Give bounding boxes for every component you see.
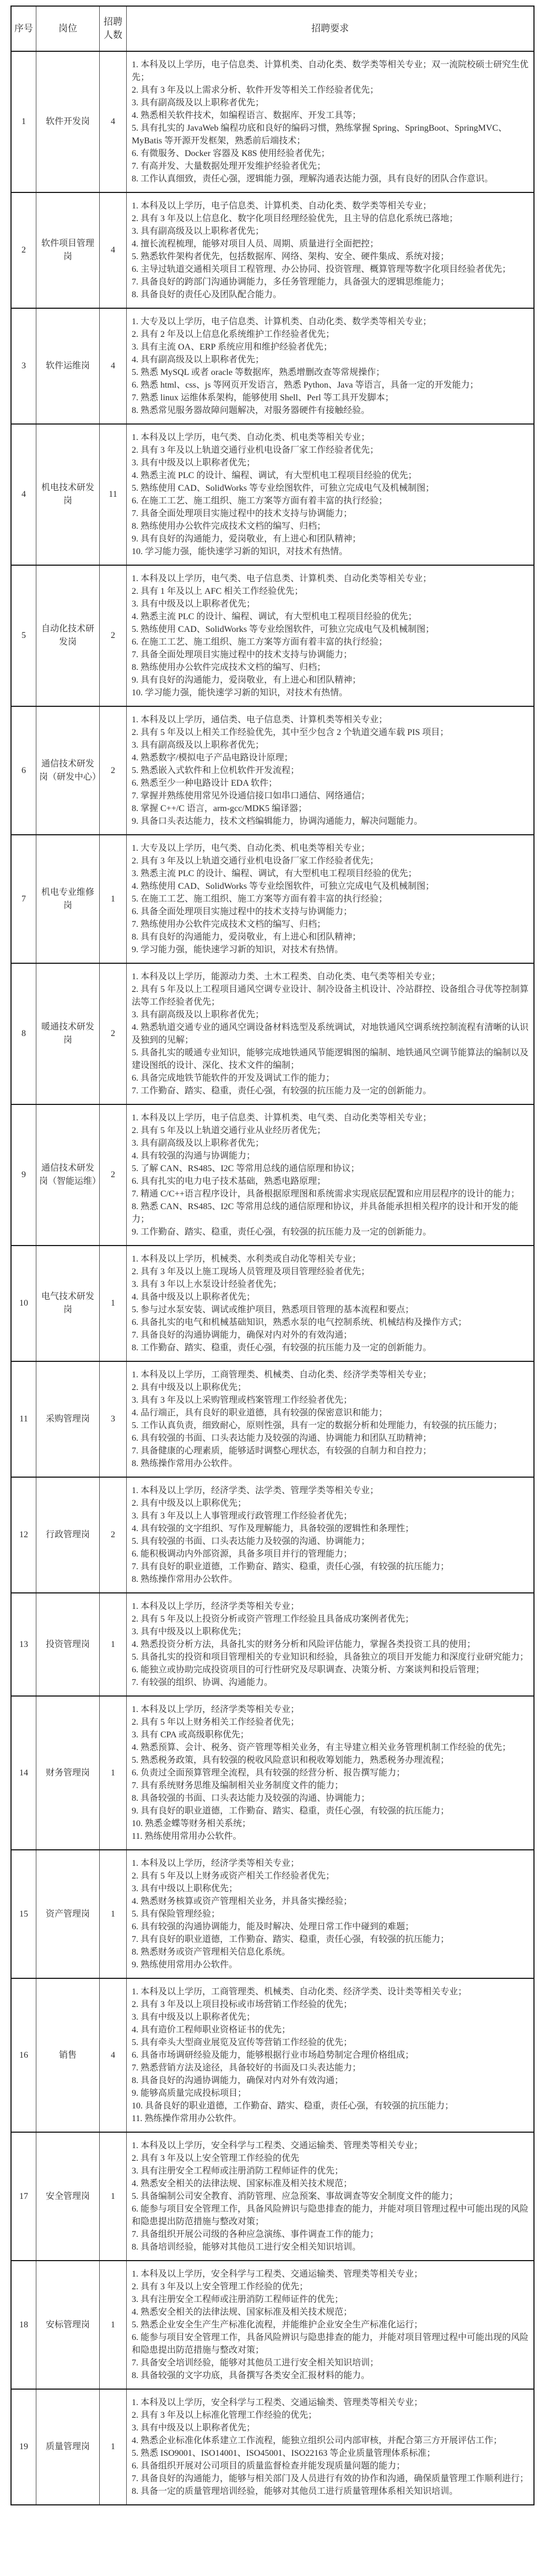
requirement-item: 8. 熟练操作常用办公软件。 [132, 1457, 529, 1470]
requirement-item: 6. 主导过轨道交通相关项目工程管理、办公协同、投资管理、概算管理等数字化项目经… [132, 263, 529, 276]
requirement-item: 1. 本科及以上学历，电子信息类、计算机类、自动化类、数学类等相关专业； [132, 200, 529, 212]
requirements-cell: 1. 本科及以上学历，工商管理类、机械类、自动化类、经济学类等相关专业；2. 具… [127, 1361, 535, 1477]
requirement-item: 7. 具备健康的心理素质，能够适时调整心理状态，有较强的自制力和自控力； [132, 1445, 529, 1457]
requirement-item: 5. 具备编制公司安全教育、消防管理、应急预案、事故调查等安全制度文件的能力； [132, 2190, 529, 2203]
headcount-cell: 2 [100, 706, 127, 835]
row-serial-number-cell: 6 [11, 706, 36, 835]
table-row: 1软件开发岗41. 本科及以上学历，电子信息类、计算机类、自动化类、数学类等相关… [11, 51, 534, 192]
requirements-cell: 1. 本科及以上学历，安全科学与工程类、交通运输类、管理类等相关专业；2. 具有… [127, 2389, 535, 2505]
row-serial-number-cell: 12 [11, 1477, 36, 1593]
table-row: 4机电技术研发岗111. 本科及以上学历，电气类、自动化类、机电类等相关专业；2… [11, 424, 534, 565]
requirement-item: 9. 熟练使用常用办公软件。 [132, 1958, 529, 1971]
requirements-cell: 1. 本科及以上学历，通信类、电子信息类、计算机类等相关专业；2. 具有 5 年… [127, 706, 535, 835]
requirement-item: 8. 熟悉常见服务器故障问题解决，对服务器硬件有接触经验。 [132, 404, 529, 417]
requirement-item: 8. 具备良好的沟通协调能力，确保对内对外有效沟通； [132, 2074, 529, 2087]
requirement-item: 4. 品行端正，具有良好的职业道德，具有较强的保密意识和能力； [132, 1407, 529, 1419]
requirement-item: 4. 具有副高级及以上职称者优先； [132, 353, 529, 366]
position-name-cell: 安标管理岗 [36, 2261, 100, 2389]
requirement-item: 8. 熟练使用办公软件完成技术文档的编写、归档； [132, 661, 529, 674]
row-serial-number-cell: 1 [11, 51, 36, 192]
requirement-item: 1. 本科及以上学历，安全科学与工程类、交通运输类、管理类等相关专业； [132, 2268, 529, 2280]
requirement-item: 4. 熟悉数字/模拟电子产品电路设计原理； [132, 752, 529, 764]
requirement-item: 8. 具备良好的责任心及团队配合能力。 [132, 288, 529, 301]
requirement-item: 8. 具备较强的书面、口头表达能力及较强的沟通、协调能力； [132, 1792, 529, 1805]
table-row: 15资产管理岗11. 本科及以上学历，经济学类等相关专业；2. 具有 5 年及以… [11, 1850, 534, 1978]
position-name-cell: 投资管理岗 [36, 1593, 100, 1696]
row-serial-number-cell: 15 [11, 1850, 36, 1978]
requirement-item: 9. 具有良好的职业道德，工作勤奋、踏实、稳重，责任心强，有较强的抗压能力； [132, 1805, 529, 1817]
row-serial-number-cell: 14 [11, 1696, 36, 1850]
requirement-item: 1. 本科及以上学历，工商管理类、机械类、自动化类、经济学类、设计类等相关专业； [132, 1985, 529, 1998]
requirement-item: 3. 具有 CPA 或高级职称优先； [132, 1729, 529, 1741]
table-row: 10电气技术研发岗11. 本科及以上学历，机械类、水利类或自动化等相关专业；2.… [11, 1246, 534, 1361]
requirement-item: 2. 具有中级及以上职称优先； [132, 1381, 529, 1394]
row-serial-number-cell: 5 [11, 565, 36, 706]
requirement-item: 3. 具有副高级及以上职称者优先； [132, 225, 529, 238]
requirement-item: 8. 工作勤奋、踏实、稳重，责任心强，有较强的抗压能力及一定的创新能力。 [132, 1341, 529, 1354]
requirement-item: 2. 具有 3 年及以上信息化、数字化项目经理经验优先，且主导的信息化系统已落地… [132, 212, 529, 225]
requirement-item: 6. 在施工工艺、施工组织、施工方案等方面有着丰富的执行经验； [132, 495, 529, 507]
requirement-item: 3. 具有 3 年及以上采购管理或档案管理工作经验者优先； [132, 1394, 529, 1407]
requirement-item: 1. 本科及以上学历，安全科学与工程类、交通运输类、管理类等相关专业； [132, 2139, 529, 2152]
requirement-item: 2. 具有中级及以上职称优先； [132, 1497, 529, 1510]
requirement-item: 5. 熟悉嵌入式软件和上位机软件开发流程； [132, 764, 529, 777]
requirement-item: 6. 熟悉至少一种电路设计 EDA 软件； [132, 777, 529, 790]
table-row: 18安标管理岗11. 本科及以上学历，安全科学与工程类、交通运输类、管理类等相关… [11, 2261, 534, 2389]
headcount-cell: 4 [100, 308, 127, 424]
requirement-item: 1. 本科及以上学历，经济学类等相关专业； [132, 1600, 529, 1613]
requirement-item: 10. 学习能力强，能快速学习新的知识，对技术有热情。 [132, 545, 529, 558]
position-name-cell: 软件开发岗 [36, 51, 100, 192]
row-serial-number-cell: 4 [11, 424, 36, 565]
position-name-cell: 自动化技术研发岗 [36, 565, 100, 706]
table-row: 12行政管理岗21. 本科及以上学历，经济学类、法学类、管理学类等相关专业；2.… [11, 1477, 534, 1593]
requirement-item: 8. 熟练使用办公软件完成技术文档的编写、归档； [132, 520, 529, 533]
position-name-cell: 通信技术研发岗（研发中心） [36, 706, 100, 835]
requirement-item: 1. 本科及以上学历，安全科学与工程类、交通运输类、管理类等相关专业； [132, 2396, 529, 2409]
requirement-item: 6. 具备扎实的电气和机械基础知识，熟悉水泵的电气控制系统、机械结构及操作方式； [132, 1316, 529, 1329]
requirements-cell: 1. 本科及以上学历，电气类、自动化类、机电类等相关专业；2. 具有 3 年及以… [127, 424, 535, 565]
header-requirements: 招聘要求 [127, 6, 535, 51]
requirements-cell: 1. 大专及以上学历，电气类、自动化类、机电类等相关专业；2. 具有 3 年及以… [127, 835, 535, 963]
table-row: 3软件运维岗41. 大专及以上学历，电子信息类、计算机类、自动化类、数学类等相关… [11, 308, 534, 424]
requirement-item: 8. 熟练操作常用办公软件。 [132, 1573, 529, 1586]
requirements-cell: 1. 本科及以上学历，电子信息类、计算机类、自动化类、数学类等相关专业；2. 具… [127, 192, 535, 308]
requirement-item: 3. 具有副高级及以上职称者优先； [132, 96, 529, 109]
row-serial-number-cell: 7 [11, 835, 36, 963]
row-serial-number-cell: 16 [11, 1978, 36, 2132]
requirement-item: 6. 有微服务、Docker 容器及 K8S 使用经验者优先； [132, 147, 529, 160]
requirement-item: 7. 精通 C/C++语言程序设计，具备根据原理图和系统需求实现底层配置和应用层… [132, 1188, 529, 1200]
requirements-cell: 1. 本科及以上学历，安全科学与工程类、交通运输类、管理类等相关专业；2. 具有… [127, 2261, 535, 2389]
requirement-item: 2. 具有 5 年及以上工程项目通风空调专业设计、制冷设备主机设计、冷站群控、设… [132, 983, 529, 1008]
table-row: 13投资管理岗11. 本科及以上学历，经济学类等相关专业；2. 具有 5 年及以… [11, 1593, 534, 1696]
requirement-item: 7. 具备组织开展公司级的各种应急演练、事件调查工作的能力； [132, 2228, 529, 2241]
requirement-item: 5. 熟悉税务政策，具有较强的税收风险意识和税收筹划能力，熟悉税务办理流程； [132, 1754, 529, 1767]
headcount-cell: 2 [100, 565, 127, 706]
requirement-item: 4. 具有造价工程师职业资格证书的优先； [132, 2024, 529, 2036]
requirement-item: 5. 熟悉软件架构者优先，包括数据库、网络、架构、安全、硬件集成、系统对接； [132, 250, 529, 263]
table-row: 7机电专业维修岗11. 大专及以上学历，电气类、自动化类、机电类等相关专业；2.… [11, 835, 534, 963]
table-row: 2软件项目管理岗41. 本科及以上学历，电子信息类、计算机类、自动化类、数学类等… [11, 192, 534, 308]
requirement-item: 8. 具有良好的沟通能力，爱岗敬业，有上进心和团队精神； [132, 931, 529, 943]
requirement-item: 3. 具有主流 OA、ERP 系统应用和维护经验者优先； [132, 341, 529, 353]
requirement-item: 6. 能独立或协助完成投资项目的可行性研究及尽职调查、决策分析、方案谈判和投后管… [132, 1663, 529, 1676]
requirement-item: 5. 工作认真负责，细致耐心，原则性强，具有一定的数据分析和处理能力，有较强的抗… [132, 1419, 529, 1432]
requirement-item: 4. 熟悉主流 PLC 的设计、编程、调试，有大型机电工程项目经验的优先； [132, 610, 529, 623]
requirement-item: 9. 具备口头表达能力，技术文档编辑能力，协调沟通能力，解决问题能力。 [132, 815, 529, 828]
position-name-cell: 软件项目管理岗 [36, 192, 100, 308]
requirement-item: 8. 具备较强的文字功底，具备撰写各类安全汇报材料的能力。 [132, 2369, 529, 2382]
requirement-item: 9. 能够高质量完成投标项目； [132, 2087, 529, 2100]
requirements-cell: 1. 本科及以上学历，能源动力类、土木工程类、自动化类、电气类等相关专业；2. … [127, 963, 535, 1104]
requirement-item: 2. 具有 1 年及以上 AFC 相关工作经验优先； [132, 585, 529, 598]
requirement-item: 3. 具有注册安全工程师或注册消防工程师证件的优先； [132, 2293, 529, 2306]
requirement-item: 3. 具有中级及以上职称者优先； [132, 2422, 529, 2434]
requirement-item: 11. 熟练使用常用办公软件。 [132, 1830, 529, 1843]
row-serial-number-cell: 8 [11, 963, 36, 1104]
requirement-item: 8. 具备一定的质量管理培训经验，能够对其他员工进行质量管理体系相关知识培训。 [132, 2485, 529, 2498]
requirement-item: 3. 具有中级以上职称优先； [132, 1882, 529, 1895]
header-serial-number: 序号 [11, 6, 36, 51]
requirement-item: 1. 本科及以上学历，电子信息类、计算机类、自动化类、数学类等相关专业；双一流院… [132, 58, 529, 84]
requirement-item: 1. 本科及以上学历，电气类、自动化类、机电类等相关专业； [132, 431, 529, 444]
requirement-item: 1. 本科及以上学历，电子信息类、计算机类、电气类、自动化类等相关专业； [132, 1112, 529, 1124]
headcount-cell: 1 [100, 2389, 127, 2505]
requirement-item: 3. 具有中级及以上职称者优先； [132, 598, 529, 610]
headcount-cell: 4 [100, 192, 127, 308]
requirement-item: 7. 有较强的组织、协调、沟通能力。 [132, 1676, 529, 1689]
requirement-item: 7. 有高并发、大量数据处理开发维护经验者优先； [132, 160, 529, 173]
requirement-item: 3. 熟悉主流 PLC 的设计、编程、调试，有大型机电工程项目经验的优先； [132, 867, 529, 880]
position-name-cell: 质量管理岗 [36, 2389, 100, 2505]
requirement-item: 9. 工作勤奋、踏实、稳重，责任心强，有较强的抗压能力及一定的创新能力。 [132, 1226, 529, 1238]
requirement-item: 2. 具有 3 年及以上轨道交通行业机电设备厂家工作经验者优先； [132, 444, 529, 457]
table-header-row: 序号 岗位 招聘人数 招聘要求 [11, 6, 534, 51]
position-name-cell: 资产管理岗 [36, 1850, 100, 1978]
row-serial-number-cell: 3 [11, 308, 36, 424]
position-name-cell: 软件运维岗 [36, 308, 100, 424]
requirement-item: 7. 具备良好的沟通能力，能够与相关部门及人员进行有效的协作和沟通，确保质量管理… [132, 2472, 529, 2485]
requirement-item: 4. 擅长流程梳理，能够对项目人员、周期、质量进行全面把控； [132, 238, 529, 250]
requirement-item: 4. 具有较强的文字组织、写作及理解能力，具备较强的逻辑性和条理性； [132, 1522, 529, 1535]
headcount-cell: 1 [100, 2261, 127, 2389]
requirement-item: 10. 熟悉金蝶等财务相关系统； [132, 1817, 529, 1830]
headcount-cell: 1 [100, 2132, 127, 2261]
requirement-item: 8. 工作认真细致，责任心强，逻辑能力强，理解沟通表达能力强，具有良好的团队合作… [132, 173, 529, 185]
table-row: 16销售41. 本科及以上学历，工商管理类、机械类、自动化类、经济学类、设计类等… [11, 1978, 534, 2132]
requirement-item: 4. 熟悉企业标准化体系建立工作流程，能独立组织公司内部审核，并配合第三方开展评… [132, 2434, 529, 2447]
position-name-cell: 暖通技术研发岗 [36, 963, 100, 1104]
requirement-item: 6. 能参与项目安全管理工作，具备风险辨识与隐患排查的能力，并能对项目管理过程中… [132, 2331, 529, 2357]
requirement-item: 11. 熟练操作常用办公软件。 [132, 2112, 529, 2125]
header-position: 岗位 [36, 6, 100, 51]
requirement-item: 2. 具有 3 年及以上施工现场人员管理及项目管理经验者优先； [132, 1265, 529, 1278]
requirement-item: 4. 熟悉投资分析方法，具备扎实的财务分析和风险评估能力，掌握各类投资工具的使用… [132, 1638, 529, 1651]
requirements-cell: 1. 本科及以上学历，电子信息类、计算机类、自动化类、数学类等相关专业；双一流院… [127, 51, 535, 192]
requirement-item: 6. 具有较强的沟通协调能力，能及时解决、处理日常工作中碰到的难题； [132, 1920, 529, 1933]
requirements-cell: 1. 本科及以上学历，经济学类等相关专业；2. 具有 5 年以上财务相关工作经验… [127, 1696, 535, 1850]
requirements-cell: 1. 本科及以上学历，电气类、电子信息类、计算机类、自动化类等相关专业；2. 具… [127, 565, 535, 706]
requirement-item: 8. 熟悉财务或资产管理相关信息化系统。 [132, 1946, 529, 1958]
requirement-item: 1. 本科及以上学历，经济学类、法学类、管理学类等相关专业； [132, 1484, 529, 1497]
requirement-item: 1. 本科及以上学历，工商管理类、机械类、自动化类、经济学类等相关专业； [132, 1368, 529, 1381]
row-serial-number-cell: 2 [11, 192, 36, 308]
requirement-item: 3. 具有中级及以上职称者优先； [132, 457, 529, 469]
requirement-item: 2. 具有 5 年及以上投资分析或资产管理工作经验且具备成功案例者优先； [132, 1613, 529, 1625]
requirement-item: 6. 具有较强的书面、口头表达能力及较强的沟通、协调能力和团队互助精神； [132, 1432, 529, 1445]
position-name-cell: 电气技术研发岗 [36, 1246, 100, 1361]
table-row: 9通信技术研发岗（智能运维）21. 本科及以上学历，电子信息类、计算机类、电气类… [11, 1104, 534, 1246]
requirement-item: 2. 具有 3 年及以上标准化管理工作经验的优先； [132, 2409, 529, 2422]
requirement-item: 2. 具有 5 年以上财务相关工作经验者优先； [132, 1716, 529, 1729]
requirement-item: 4. 具备中级及以上职称者优先； [132, 1291, 529, 1303]
requirement-item: 6. 能参与项目安全管理工作，具备风险辨识与隐患排查的能力，并能对项目管理过程中… [132, 2203, 529, 2228]
requirement-item: 1. 本科及以上学历，电气类、电子信息类、计算机类、自动化类等相关专业； [132, 572, 529, 585]
requirement-item: 7. 具备全面处理项目实施过程中的技术支持与协调能力； [132, 507, 529, 520]
table-row: 17安全管理岗11. 本科及以上学历，安全科学与工程类、交通运输类、管理类等相关… [11, 2132, 534, 2261]
requirement-item: 3. 具有副高级及以上职称者优先； [132, 1008, 529, 1021]
requirement-item: 9. 具有良好的沟通能力，爱岗敬业，有上进心和团队精神； [132, 674, 529, 686]
position-name-cell: 机电技术研发岗 [36, 424, 100, 565]
requirement-item: 5. 具有保险管理经验； [132, 1908, 529, 1920]
requirement-item: 2. 具有 3 年及以上需求分析、软件开发等相关工作经验者优先； [132, 84, 529, 96]
row-serial-number-cell: 19 [11, 2389, 36, 2505]
requirements-cell: 1. 本科及以上学历，安全科学与工程类、交通运输类、管理类等相关专业；2. 具有… [127, 2132, 535, 2261]
headcount-cell: 1 [100, 835, 127, 963]
requirement-item: 2. 具有 5 年及以上财务或资产相关工作经验者优先； [132, 1870, 529, 1882]
headcount-cell: 3 [100, 1361, 127, 1477]
requirement-item: 6. 在施工工艺、施工组织、施工方案等方面有着丰富的执行经验； [132, 636, 529, 648]
requirement-item: 10. 学习能力强，能快速学习新的知识，对技术有热情。 [132, 686, 529, 699]
requirement-item: 6. 具备市场调研经验及能力，能够根据行业市场趋势制定合理价格组成； [132, 2049, 529, 2062]
position-name-cell: 通信技术研发岗（智能运维） [36, 1104, 100, 1246]
requirement-item: 5. 具备扎实的暖通专业知识，能够完成地铁通风节能逻辑图的编制、地铁通风空调节能… [132, 1046, 529, 1072]
headcount-cell: 1 [100, 1593, 127, 1696]
requirement-item: 5. 参与过水泵安装、调试或维护项目，熟悉项目管理的基本流程和要点； [132, 1303, 529, 1316]
requirements-cell: 1. 本科及以上学历，经济学类等相关专业；2. 具有 5 年及以上投资分析或资产… [127, 1593, 535, 1696]
requirement-item: 9. 具有良好的沟通能力，爱岗敬业，有上进心和团队精神； [132, 533, 529, 545]
headcount-cell: 2 [100, 1104, 127, 1246]
requirement-item: 4. 熟悉安全相关的法律法规、国家标准及相关技术规范； [132, 2177, 529, 2190]
requirement-item: 7. 熟练使用办公软件完成技术文档的编写、归档； [132, 918, 529, 931]
requirement-item: 2. 具有 5 年及以上相关工作经验优先，其中至少包含 2 个轨道交通车载 PI… [132, 726, 529, 739]
requirement-item: 7. 具备安全培训经验，能够对其他员工进行安全相关知识培训； [132, 2357, 529, 2369]
headcount-cell: 2 [100, 963, 127, 1104]
position-name-cell: 行政管理岗 [36, 1477, 100, 1593]
requirements-cell: 1. 本科及以上学历，经济学类等相关专业；2. 具有 5 年及以上财务或资产相关… [127, 1850, 535, 1978]
requirement-item: 1. 大专及以上学历，电气类、自动化类、机电类等相关专业； [132, 842, 529, 855]
requirement-item: 5. 具备扎实的投资和项目管理相关的专业知识和经验，具备独立的项目开发能力和深度… [132, 1651, 529, 1663]
position-name-cell: 财务管理岗 [36, 1696, 100, 1850]
position-name-cell: 机电专业维修岗 [36, 835, 100, 963]
position-name-cell: 采购管理岗 [36, 1361, 100, 1477]
requirements-cell: 1. 本科及以上学历，经济学类、法学类、管理学类等相关专业；2. 具有中级及以上… [127, 1477, 535, 1593]
requirement-item: 5. 熟练使用 CAD、SolidWorks 等专业绘图软件，可独立完成电气及机… [132, 482, 529, 495]
requirement-item: 7. 熟悉 linux 运维体系架构，能够使用 Shell、Perl 等工具开发… [132, 391, 529, 404]
requirement-item: 6. 具备完成地铁节能软件的开发及调试工作的能力； [132, 1072, 529, 1085]
requirement-item: 3. 具有中级及以上职称者优先； [132, 2011, 529, 2024]
header-headcount: 招聘人数 [100, 6, 127, 51]
requirement-item: 3. 具有 3 年以上水泵设计经验者优先； [132, 1278, 529, 1291]
recruitment-table-body: 1软件开发岗41. 本科及以上学历，电子信息类、计算机类、自动化类、数学类等相关… [11, 51, 534, 2505]
requirement-item: 9. 学习能力强，能快速学习新的知识，对技术有热情。 [132, 943, 529, 956]
requirement-item: 3. 具有副高级及以上职称者优先； [132, 739, 529, 752]
requirement-item: 7. 具有良好的职业道德，工作勤奋、踏实、稳重，责任心强，有较强的抗压能力； [132, 1560, 529, 1573]
requirement-item: 1. 本科及以上学历，经济学类等相关专业； [132, 1703, 529, 1716]
requirement-item: 7. 具有系统财务思维及编制相关业务制度文件的能力； [132, 1779, 529, 1792]
row-serial-number-cell: 9 [11, 1104, 36, 1246]
requirement-item: 5. 熟悉 ISO9001、ISO14001、ISO45001、ISO22163… [132, 2447, 529, 2460]
requirement-item: 3. 具有注册安全工程师或注册消防工程师证件的优先； [132, 2165, 529, 2177]
requirement-item: 5. 具有扎实的 JavaWeb 编程功底和良好的编码习惯，熟练掌握 Sprin… [132, 122, 529, 147]
requirement-item: 6. 能积极调动内外部资源，具备多项目并行的管理能力； [132, 1548, 529, 1560]
requirement-item: 5. 熟练使用 CAD、SolidWorks 等专业绘图软件，可独立完成电气及机… [132, 623, 529, 636]
requirement-item: 4. 熟悉安全相关的法律法规、国家标准及相关技术规范； [132, 2306, 529, 2319]
position-name-cell: 安全管理岗 [36, 2132, 100, 2261]
recruitment-table: 序号 岗位 招聘人数 招聘要求 1软件开发岗41. 本科及以上学历，电子信息类、… [10, 6, 535, 2505]
requirements-cell: 1. 本科及以上学历，机械类、水利类或自动化等相关专业；2. 具有 3 年及以上… [127, 1246, 535, 1361]
requirement-item: 1. 本科及以上学历，通信类、电子信息类、计算机类等相关专业； [132, 713, 529, 726]
headcount-cell: 1 [100, 1696, 127, 1850]
requirement-item: 4. 熟悉轨道交通专业的通风空调设备材料选型及系统调试，对地铁通风空调系统控制流… [132, 1021, 529, 1046]
row-serial-number-cell: 11 [11, 1361, 36, 1477]
requirements-cell: 1. 本科及以上学历，电子信息类、计算机类、电气类、自动化类等相关专业；2. 具… [127, 1104, 535, 1246]
headcount-cell: 4 [100, 51, 127, 192]
recruitment-table-container: 序号 岗位 招聘人数 招聘要求 1软件开发岗41. 本科及以上学历，电子信息类、… [10, 6, 535, 2505]
table-row: 14财务管理岗11. 本科及以上学历，经济学类等相关专业；2. 具有 5 年以上… [11, 1696, 534, 1850]
requirement-item: 8. 熟悉 CAN、RS485、I2C 等常用总线的通信原理和协议，并具备能承担… [132, 1200, 529, 1226]
row-serial-number-cell: 13 [11, 1593, 36, 1696]
requirement-item: 4. 熟悉预算、会计、税务、资产管理等相关业务，有主导建立相关业务管理机制工作经… [132, 1741, 529, 1754]
requirement-item: 6. 具有扎实的电力电子技术基础，熟悉电路原理； [132, 1175, 529, 1188]
requirement-item: 4. 熟练使用 CAD、SolidWorks 等专业绘图软件，可独立完成电气及机… [132, 880, 529, 893]
row-serial-number-cell: 17 [11, 2132, 36, 2261]
headcount-cell: 4 [100, 1978, 127, 2132]
requirement-item: 7. 熟悉营销方法及途径，具备较好的书面及口头表达能力； [132, 2062, 529, 2074]
requirement-item: 5. 具有较强的书面、口头表达能力及较强的沟通、协调能力； [132, 1535, 529, 1548]
requirement-item: 2. 具有 3 年及以上项目投标或市场营销工作经验的优先； [132, 1998, 529, 2011]
headcount-cell: 11 [100, 424, 127, 565]
requirement-item: 4. 熟悉主流 PLC 的设计、编程、调试，有大型机电工程项目经验的优先； [132, 469, 529, 482]
headcount-cell: 1 [100, 1850, 127, 1978]
requirement-item: 8. 具备培训经验，能够对其他员工进行安全相关知识培训。 [132, 2241, 529, 2253]
requirement-item: 1. 本科及以上学历，经济学类等相关专业； [132, 1857, 529, 1870]
requirement-item: 3. 具有中级及以上职称优先； [132, 1625, 529, 1638]
requirement-item: 5. 了解 CAN、RS485、I2C 等常用总线的通信原理和协议； [132, 1162, 529, 1175]
requirement-item: 5. 具有牵头大型商业展览及宣传等营销工作经验的优先； [132, 2036, 529, 2049]
requirement-item: 7. 具备良好的跨部门沟通协调能力，多任务管理能力，具备强大的逻辑思维能力； [132, 276, 529, 288]
requirement-item: 8. 掌握 C++/C 语言，arm-gcc/MDK5 编译器； [132, 802, 529, 815]
requirement-item: 3. 具有 3 年及以上人事管理或行政管理工作经验者优先； [132, 1510, 529, 1522]
requirement-item: 5. 在施工工艺、施工组织、施工方案等方面有着丰富的执行经验； [132, 893, 529, 905]
requirement-item: 10. 具备良好的职业道德，工作勤奋、踏实、稳重，责任心强，有较强的抗压能力； [132, 2100, 529, 2112]
requirement-item: 6. 具备全面处理项目实施过程中的技术支持与协调能力； [132, 905, 529, 918]
requirement-item: 7. 掌握并熟练使用常见外设通信接口如串口通信、网络通信； [132, 790, 529, 802]
position-name-cell: 销售 [36, 1978, 100, 2132]
table-row: 5自动化技术研发岗21. 本科及以上学历，电气类、电子信息类、计算机类、自动化类… [11, 565, 534, 706]
table-row: 8暖通技术研发岗21. 本科及以上学历，能源动力类、土木工程类、自动化类、电气类… [11, 963, 534, 1104]
requirement-item: 2. 具有 2 年及以上信息化系统维护工作经验者优先； [132, 328, 529, 341]
headcount-cell: 2 [100, 1477, 127, 1593]
requirement-item: 7. 工作勤奋、踏实、稳重，责任心强，有较强的抗压能力及一定的创新能力。 [132, 1085, 529, 1097]
requirement-item: 3. 具有副高级及以上职称者优先； [132, 1137, 529, 1150]
headcount-cell: 1 [100, 1246, 127, 1361]
requirement-item: 1. 本科及以上学历，能源动力类、土木工程类、自动化类、电气类等相关专业； [132, 970, 529, 983]
requirement-item: 5. 熟悉 MySQL 或者 oracle 等数据库，熟悉增删改查等常规操作； [132, 366, 529, 379]
row-serial-number-cell: 10 [11, 1246, 36, 1361]
requirement-item: 6. 熟悉 html、css、js 等网页开发语言，熟悉 Python、Java… [132, 379, 529, 391]
requirement-item: 4. 熟悉相关软件技术，如编程语言、数据库、开发工具等； [132, 109, 529, 122]
table-row: 6通信技术研发岗（研发中心）21. 本科及以上学历，通信类、电子信息类、计算机类… [11, 706, 534, 835]
requirement-item: 7. 具备良好的沟通协调能力，确保对内对外的有效沟通； [132, 1329, 529, 1341]
requirement-item: 2. 具有 5 年及以上轨道交通行业从业经历者优先； [132, 1124, 529, 1137]
requirement-item: 4. 熟悉财务核算或资产管理相关业务，并具备实操经验； [132, 1895, 529, 1908]
requirement-item: 5. 熟悉企业安全生产生产标准化流程，并能维护企业安全生产标准化运行； [132, 2319, 529, 2331]
requirement-item: 2. 具有 3 年及以上安全管理工作经验的优先； [132, 2280, 529, 2293]
row-serial-number-cell: 18 [11, 2261, 36, 2389]
requirement-item: 2. 具有 3 年及以上轨道交通行业机电设备厂家工作经验者优先； [132, 855, 529, 867]
requirement-item: 7. 具备全面处理项目实施过程中的技术支持与协调能力； [132, 648, 529, 661]
requirement-item: 7. 具有良好的职业道德，工作勤奋、踏实、稳重，责任心强，有较强的抗压能力； [132, 1933, 529, 1946]
requirement-item: 1. 大专及以上学历，电子信息类、计算机类、自动化类、数学类等相关专业； [132, 315, 529, 328]
requirements-cell: 1. 大专及以上学历，电子信息类、计算机类、自动化类、数学类等相关专业；2. 具… [127, 308, 535, 424]
requirements-cell: 1. 本科及以上学历，工商管理类、机械类、自动化类、经济学类、设计类等相关专业；… [127, 1978, 535, 2132]
requirement-item: 6. 具备组织开展对公司项目的质量监督检查并能发现质量问题的能力； [132, 2460, 529, 2472]
table-row: 19质量管理岗11. 本科及以上学历，安全科学与工程类、交通运输类、管理类等相关… [11, 2389, 534, 2505]
requirement-item: 4. 具有较强的沟通与协调能力； [132, 1150, 529, 1162]
requirement-item: 6. 负责过全面预算管理全流程，具有较强的经营分析、报告撰写能力； [132, 1767, 529, 1779]
requirement-item: 1. 本科及以上学历，机械类、水利类或自动化等相关专业； [132, 1253, 529, 1265]
table-row: 11采购管理岗31. 本科及以上学历，工商管理类、机械类、自动化类、经济学类等相… [11, 1361, 534, 1477]
requirement-item: 2. 具有 3 年及以上安全管理工作经验的优先 [132, 2152, 529, 2165]
